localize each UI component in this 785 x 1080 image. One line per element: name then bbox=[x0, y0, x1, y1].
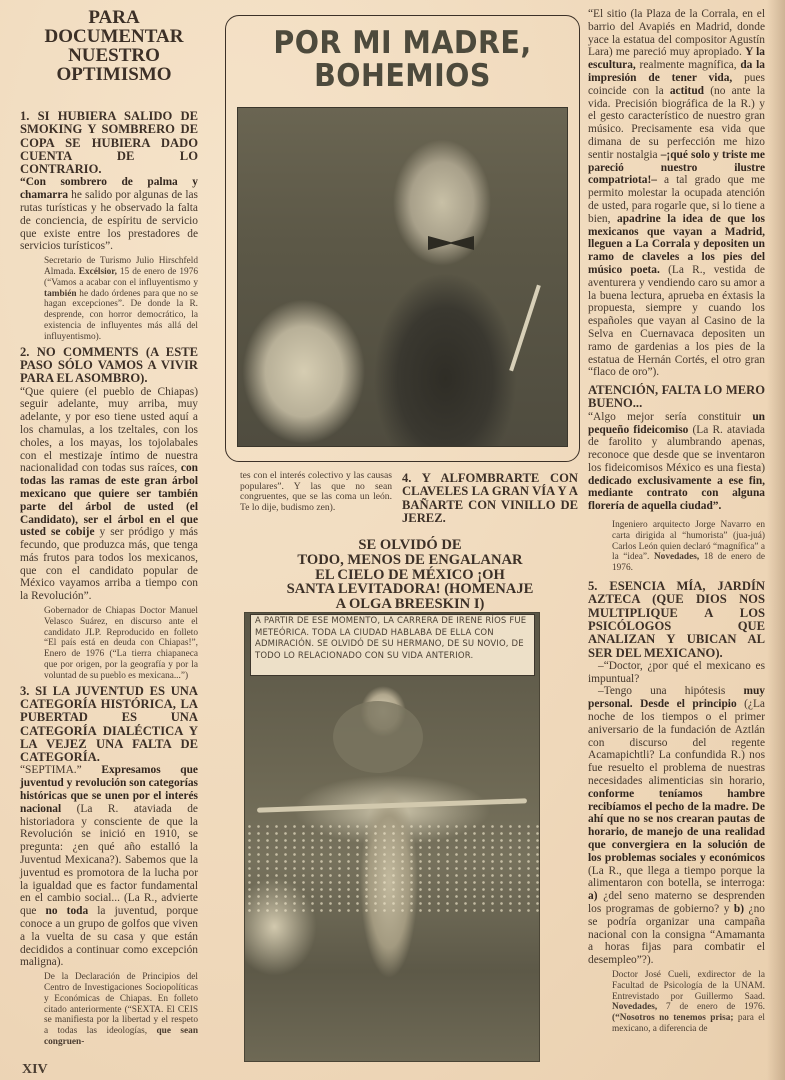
section-body: “Con sombrero de palma y chamarra he sal… bbox=[20, 176, 198, 253]
body-text: realmente magnífica, bbox=[636, 59, 741, 71]
cite-emphasis: (“Nosotros no tenemos prisa; bbox=[612, 1013, 733, 1023]
body-text: “SEPTIMA.” bbox=[20, 764, 101, 776]
headline-line: TODO, MENOS DE ENGALANAR bbox=[240, 553, 580, 568]
section-5-heading: 5. ESENCIA MÍA, JARDÍN AZTECA (QUE DIOS … bbox=[588, 580, 765, 660]
right-column: “El sitio (la Plaza de la Corrala, en el… bbox=[588, 8, 765, 1038]
hat-shape bbox=[333, 701, 423, 773]
body-emphasis: dedicado exclusivamente a ese fin, media… bbox=[588, 475, 765, 513]
cane-shape bbox=[509, 285, 541, 372]
bowtie-shape bbox=[428, 236, 474, 250]
feature-title-line: POR MI MADRE, bbox=[239, 27, 566, 60]
body-emphasis: b) bbox=[734, 903, 744, 915]
feature-title: POR MI MADRE, BOHEMIOS bbox=[239, 27, 566, 93]
section-heading: 3. SI LA JUVENTUD ES UNA CATEGORÍA HISTÓ… bbox=[20, 685, 198, 765]
body-text: (La R., vestida de aventurera y vendiend… bbox=[588, 264, 765, 378]
attention-citation: Ingeniero arquitecto Jorge Navarro en ca… bbox=[612, 520, 765, 574]
section-heading: 4. Y ALFOMBRARTE CON CLAVELES LA GRAN VÍ… bbox=[402, 472, 578, 525]
attention-heading: ATENCIÓN, FALTA LO MERO BUENO... bbox=[588, 384, 765, 411]
page-gutter-shadow bbox=[767, 0, 785, 1080]
feature-title-line: BOHEMIOS bbox=[239, 60, 566, 93]
section-2: 2. NO COMMENTS (A ESTE PASO SÓLO VAMOS A… bbox=[20, 346, 198, 682]
page-number: XIV bbox=[22, 1062, 48, 1078]
cite-source: Novedades, bbox=[654, 552, 699, 562]
section-body: “SEPTIMA.” Expresamos que juventud y rev… bbox=[20, 764, 198, 969]
section-5-citation: Doctor José Cueli, exdirector de la Facu… bbox=[612, 970, 765, 1035]
title-line: PARA bbox=[30, 8, 198, 27]
bohemios-body: “El sitio (la Plaza de la Corrala, en el… bbox=[588, 8, 765, 379]
body-emphasis: actitud bbox=[670, 85, 704, 97]
olga-breeskin-headline: SE OLVIDÓ DE TODO, MENOS DE ENGALANAR EL… bbox=[240, 538, 580, 612]
headline-line: A OLGA BREESKIN I) bbox=[240, 597, 580, 612]
section-4: 4. Y ALFOMBRARTE CON CLAVELES LA GRAN VÍ… bbox=[402, 470, 578, 525]
headline-line: SANTA LEVITADORA! (HOMENAJE bbox=[240, 582, 580, 597]
title-line: OPTIMISMO bbox=[30, 65, 198, 84]
citation: De la Declaración de Principios del Cent… bbox=[44, 972, 198, 1048]
body-text: “Algo mejor sería constituir bbox=[588, 411, 752, 423]
photo-caption: A partir de ese momento, la carrera de I… bbox=[250, 614, 535, 676]
continuation-column: tes con el interés colectivo y las causa… bbox=[240, 468, 392, 516]
headline-line: EL CIELO DE MÉXICO ¡OH bbox=[240, 568, 580, 583]
section-5-question: –“Doctor, ¿por qué el mexicano es impunt… bbox=[588, 660, 765, 686]
section-heading: 2. NO COMMENTS (A ESTE PASO SÓLO VAMOS A… bbox=[20, 346, 198, 386]
cite-source: Novedades, bbox=[612, 1002, 657, 1012]
citation-continuation: tes con el interés colectivo y las causa… bbox=[240, 471, 392, 513]
body-text: “El sitio (la Plaza de la Corrala, en el… bbox=[588, 8, 765, 58]
article-title: PARA DOCUMENTAR NUESTRO OPTIMISMO bbox=[30, 8, 198, 84]
section-3: 3. SI LA JUVENTUD ES UNA CATEGORÍA HISTÓ… bbox=[20, 685, 198, 1048]
photo-levitadora bbox=[244, 612, 540, 1062]
body-emphasis: a) bbox=[588, 890, 598, 902]
cite-text: 7 de enero de 1976. bbox=[657, 1002, 765, 1012]
cite-emphasis: también bbox=[44, 289, 77, 299]
body-emphasis: no toda bbox=[46, 905, 89, 917]
photo-bohemios bbox=[237, 107, 568, 447]
city-lights bbox=[245, 823, 539, 913]
arms-shape bbox=[257, 798, 527, 812]
body-text: “Que quiere (el pueblo de Chiapas) segui… bbox=[20, 386, 198, 475]
citation: Secretario de Turismo Julio Hirschfeld A… bbox=[44, 256, 198, 342]
cite-text: Doctor José Cueli, exdirector de la Facu… bbox=[612, 970, 765, 1002]
body-text: (La R. ataviada de historiadora y consci… bbox=[20, 803, 198, 917]
body-text: (La R., que llega a tiempo porque la ali… bbox=[588, 865, 765, 890]
title-line: NUESTRO bbox=[30, 46, 198, 65]
left-column: PARA DOCUMENTAR NUESTRO OPTIMISMO 1. SI … bbox=[20, 8, 198, 1051]
citation: Gobernador de Chiapas Doctor Manuel Vela… bbox=[44, 606, 198, 682]
body-emphasis: conforme teníamos hambre recibíamos el p… bbox=[588, 788, 765, 864]
body-text: –Tengo una hipótesis bbox=[598, 685, 743, 697]
section-body: “Que quiere (el pueblo de Chiapas) segui… bbox=[20, 386, 198, 604]
title-line: DOCUMENTAR bbox=[30, 27, 198, 46]
section-1: 1. SI HUBIERA SALIDO DE SMOKING Y SOMBRE… bbox=[20, 110, 198, 343]
cite-source: Excélsior, bbox=[79, 267, 117, 277]
body-text: (¿La noche de los tiempos o el primer an… bbox=[588, 698, 765, 787]
attention-body: “Algo mejor sería constituir un pequeño … bbox=[588, 411, 765, 513]
section-heading: 1. SI HUBIERA SALIDO DE SMOKING Y SOMBRE… bbox=[20, 110, 198, 176]
section-5-answer: –Tengo una hipótesis muy personal. Desde… bbox=[588, 685, 765, 967]
headline-line: SE OLVIDÓ DE bbox=[240, 538, 580, 553]
